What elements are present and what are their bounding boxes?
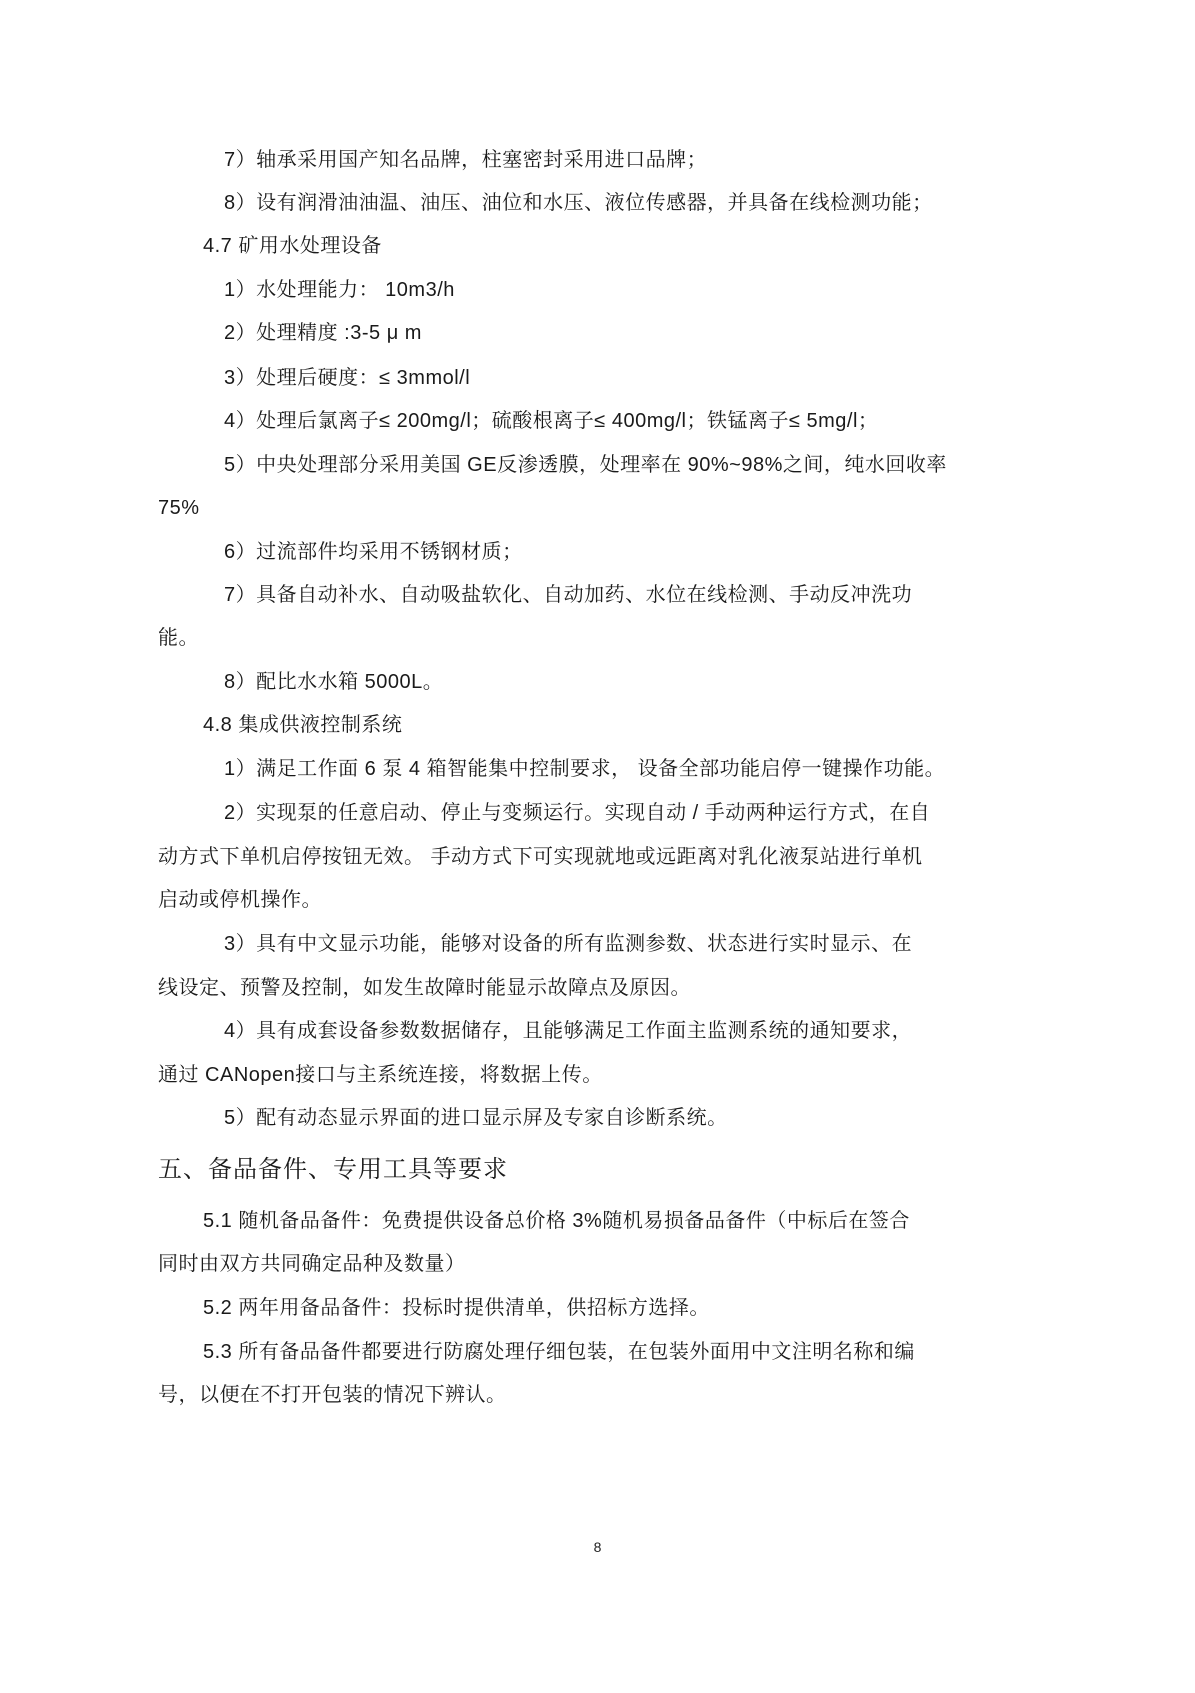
list-item-stainless: 6）过流部件均采用不锈钢材质； xyxy=(224,539,1104,565)
paragraph-continuation: 能。 xyxy=(158,625,1038,651)
document-page: 7）轴承采用国产知名品牌，柱塞密封采用进口品牌； 8）设有润滑油油温、油压、油位… xyxy=(0,0,1195,1693)
list-item-data-storage: 4）具有成套设备参数数据储存，且能够满足工作面主监测系统的通知要求， xyxy=(224,1018,1104,1044)
list-item-chinese-display: 3）具有中文显示功能，能够对设备的所有监测参数、状态进行实时显示、在 xyxy=(224,931,1104,957)
list-item-auto-functions: 7）具备自动补水、自动吸盐软化、自动加药、水位在线检测、手动反冲洗功 xyxy=(224,582,1104,608)
paragraph-continuation: 启动或停机操作。 xyxy=(158,887,1038,913)
section-5-1: 5.1 随机备品备件：免费提供设备总价格 3%随机易损备品备件（中标后在签合 xyxy=(203,1208,1083,1234)
section-5-2: 5.2 两年用备品备件：投标时提供清单，供招标方选择。 xyxy=(203,1295,1083,1321)
paragraph-continuation: 通过 CANopen接口与主系统连接，将数据上传。 xyxy=(158,1062,1038,1088)
list-item-display-screen: 5）配有动态显示界面的进口显示屏及专家自诊断系统。 xyxy=(224,1105,1104,1131)
list-item-lube-sensors: 8）设有润滑油油温、油压、油位和水压、液位传感器，并具备在线检测功能； xyxy=(224,190,1104,216)
chapter-heading-5: 五、备品备件、专用工具等要求 xyxy=(158,1155,1038,1185)
list-item-water-tank: 8）配比水水箱 5000L。 xyxy=(224,669,1104,695)
list-item-capacity: 1）水处理能力： 10m3/h xyxy=(224,277,1104,303)
paragraph-continuation: 同时由双方共同确定品种及数量） xyxy=(158,1251,1038,1277)
paragraph-continuation: 75% xyxy=(158,495,1038,521)
list-item-ions: 4）处理后氯离子≤ 200mg/l；硫酸根离子≤ 400mg/l；铁锰离子≤ 5… xyxy=(224,408,1104,434)
page-number: 8 xyxy=(0,1538,1195,1556)
section-5-3: 5.3 所有备品备件都要进行防腐处理仔细包装，在包装外面用中文注明名称和编 xyxy=(203,1339,1083,1365)
list-item-ro-membrane: 5）中央处理部分采用美国 GE反渗透膜，处理率在 90%~98%之间，纯水回收率 xyxy=(224,452,1104,478)
list-item-central-control: 1）满足工作面 6 泵 4 箱智能集中控制要求， 设备全部功能启停一键操作功能。 xyxy=(224,756,1104,782)
list-item-bearing-brand: 7）轴承采用国产知名品牌，柱塞密封采用进口品牌； xyxy=(224,147,1104,173)
paragraph-continuation: 线设定、预警及控制，如发生故障时能显示故障点及原因。 xyxy=(158,975,1038,1001)
list-item-pump-modes: 2）实现泵的任意启动、停止与变频运行。实现自动 / 手动两种运行方式，在自 xyxy=(224,800,1104,826)
list-item-hardness: 3）处理后硬度：≤ 3mmol/l xyxy=(224,365,1104,391)
section-heading-4-7: 4.7 矿用水处理设备 xyxy=(203,233,1083,259)
paragraph-continuation: 动方式下单机启停按钮无效。 手动方式下可实现就地或远距离对乳化液泵站进行单机 xyxy=(158,844,1038,870)
section-heading-4-8: 4.8 集成供液控制系统 xyxy=(203,712,1083,738)
list-item-precision: 2）处理精度 :3-5 μ m xyxy=(224,320,1104,346)
paragraph-continuation: 号，以便在不打开包装的情况下辨认。 xyxy=(158,1382,1038,1408)
